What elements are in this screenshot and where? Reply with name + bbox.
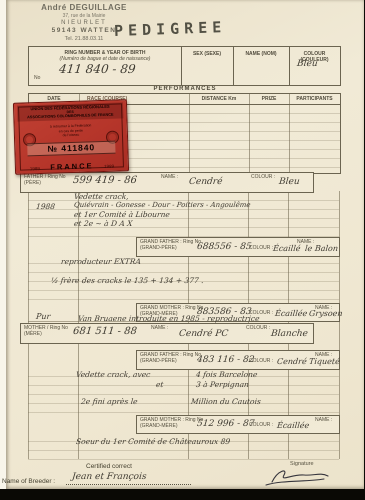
grandmother-maternal-box: GRAND MOTHER : Ring No (GRAND-MÈRE) 512 …: [136, 415, 340, 434]
breeder-name-label: Name of Breeder :: [2, 478, 55, 485]
table-vline: [249, 94, 250, 173]
father-note-4: et 2e ~ à D A X: [74, 219, 133, 228]
grandmother-maternal-label-fr: (GRAND-MÈRE): [140, 424, 178, 429]
ring-certificate-sticker: UNION DES FÉDÉRATIONS RÉGIONALES DES ASS…: [13, 99, 129, 175]
grandfather-maternal-box: GRAND FATHER : Ring No (GRAND-PÈRE) 483 …: [136, 350, 340, 370]
mother-note-3-right: Million du Cautois: [191, 397, 262, 406]
id-sex-cell: SEX (SEXE): [181, 47, 234, 85]
mother-note-2-right: 3 à Perpignan: [196, 380, 250, 389]
grandfather-maternal-colour-label: COLOUR :: [249, 359, 273, 364]
grandfather-paternal-note-1: reproducteur EXTRA: [61, 257, 142, 266]
letterhead-address: 37, rue de la Mairie: [24, 14, 144, 19]
signature-handwriting: [258, 466, 338, 490]
father-note-3: et 1er Comité à Libourne: [74, 210, 171, 219]
grandfather-paternal-name: le Balon: [305, 244, 339, 253]
grandfather-paternal-colour-label: COLOUR :: [249, 246, 273, 251]
grandfather-maternal-ring: 483 116 - 82: [196, 355, 254, 365]
ring-number-value: 411 840 - 89: [58, 62, 136, 76]
mother-note-2-left: et: [156, 380, 164, 389]
grandfather-paternal-ring: 688556 - 85: [196, 242, 252, 252]
table-vline: [189, 94, 190, 173]
father-colour: Bleu: [278, 177, 300, 187]
mother-label-fr: (MÈRE): [24, 332, 42, 337]
no-label: No: [34, 76, 40, 81]
sticker-country-row: 1989 FRANCE 1989: [16, 154, 129, 176]
header-distance: DISTANCE Km: [189, 96, 249, 102]
mother-ring: 681 511 - 88: [72, 326, 137, 337]
sticker-country: FRANCE: [50, 161, 94, 171]
sex-label: SEX (SEXE): [181, 51, 233, 57]
mother-colour: Blanche: [270, 329, 308, 339]
mother-name: Cendré PC: [178, 329, 228, 339]
father-ring: 599 419 - 86: [72, 175, 137, 186]
sticker-org: UNION DES FÉDÉRATIONS RÉGIONALES DES ASS…: [17, 102, 123, 121]
father-note-1: Vedette crack,: [74, 192, 130, 201]
mother-note-1-right: 4 fois Barcelone: [196, 370, 258, 379]
grandfather-paternal-box: GRAND FATHER : Ring No (GRAND-PÈRE) 6885…: [136, 237, 340, 257]
pedigree-document: André DEGUILLAGE 37, rue de la Mairie NI…: [6, 0, 364, 489]
mother-box: MOTHER / Ring No (MÈRE) 681 511 - 88 NAM…: [20, 323, 314, 344]
grandmother-paternal-note: Van Bruaene introduite en 1985 - reprodu…: [78, 314, 261, 323]
header-participants: PARTICIPANTS: [289, 96, 340, 102]
colour-value: Bleu: [296, 59, 318, 69]
father-name-label: NAME :: [161, 175, 178, 180]
sticker-year-right: 1989: [104, 164, 114, 169]
grandfather-maternal-label-fr: (GRAND-PÈRE): [140, 359, 177, 364]
grandmother-paternal-note-left: Pur: [36, 312, 51, 321]
performances-title: PERFORMANCES: [6, 86, 364, 92]
grandmother-paternal-colour: Écaillée: [275, 309, 308, 318]
grandfather-maternal-name: Tiqueté: [309, 357, 341, 366]
father-box: FATHER / Ring No (PÈRE) 599 419 - 86 NAM…: [20, 172, 314, 193]
grandfather-paternal-note-2: ½ frère des cracks le 135 + 134 + 377 .: [51, 276, 205, 285]
grandfather-maternal-colour: Cendré: [277, 357, 308, 366]
id-ring-cell: RING NUMBER & YEAR OF BIRTH (Numéro de b…: [29, 47, 182, 85]
scan-bottom-edge: [0, 489, 365, 500]
grandmother-maternal-colour: Écaillée: [277, 421, 310, 430]
certified-correct-label: Certified correct: [86, 463, 132, 470]
grandmother-maternal-colour-label: COLOUR :: [249, 423, 273, 428]
grandmother-maternal-ring: 512 996 - 87: [196, 419, 254, 429]
breeder-letterhead-name: André DEGUILLAGE: [24, 3, 144, 12]
page-title: PEDIGREE: [114, 18, 227, 40]
father-name: Cendré: [188, 177, 222, 187]
id-name-cell: NAME (NOM): [233, 47, 290, 85]
mother-colour-label: COLOUR :: [246, 326, 270, 331]
id-colour-cell: COLOUR (COULEUR) Bleu: [289, 47, 340, 85]
bottom-note: Soeur du 1er Comité de Châteauroux 89: [76, 437, 231, 446]
mother-note-3-left: 2e fini après le: [81, 397, 139, 406]
name-label: NAME (NOM): [233, 51, 289, 57]
father-note-year: 1988: [36, 202, 56, 211]
header-prize: PRIZE: [249, 96, 289, 102]
sticker-year-left: 1989: [30, 166, 40, 171]
grandmother-maternal-name-label: NAME :: [315, 418, 332, 423]
grandfather-paternal-label-fr: (GRAND-PÈRE): [140, 246, 177, 251]
id-box: RING NUMBER & YEAR OF BIRTH (Numéro de b…: [28, 46, 341, 86]
grid-rows: [28, 368, 339, 414]
mother-note-1-left: Vedette crack, avec: [76, 370, 151, 379]
mother-name-label: NAME :: [151, 326, 168, 331]
father-note-2: Quiévrain - Gonesse - Dour - Poitiers - …: [74, 201, 251, 209]
breeder-name-value: Jean et François: [71, 472, 146, 482]
father-colour-label: COLOUR :: [251, 175, 275, 180]
grandmother-paternal-name: Grysoen: [309, 309, 343, 318]
father-label-fr: (PÈRE): [24, 181, 41, 186]
grandfather-paternal-colour: Écaillé: [273, 244, 301, 253]
table-vline: [289, 94, 290, 173]
